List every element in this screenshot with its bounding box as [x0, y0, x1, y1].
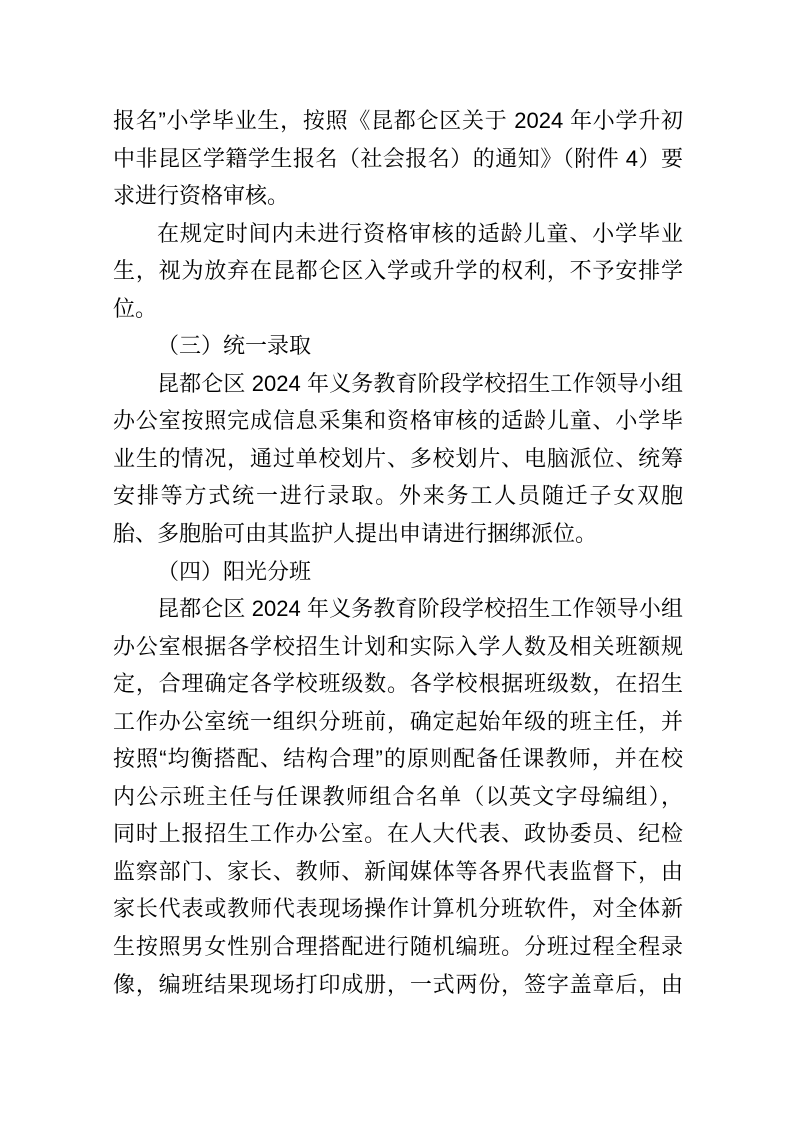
text-line: 在规定时间内未进行资格审核的适龄儿童、小学毕业: [113, 215, 683, 253]
text-line: 求进行资格审核。: [113, 177, 683, 215]
text-line: 内公示班主任与任课教师组合名单（以英文字母编组），: [113, 778, 683, 816]
text-line: 报名”小学毕业生，按照《昆都仑区关于 2024 年小学升初: [113, 102, 683, 140]
text-line: 生按照男女性别合理搭配进行随机编班。分班过程全程录: [113, 928, 683, 966]
text-line: 像，编班结果现场打印成册，一式两份，签字盖章后，由: [113, 966, 683, 1004]
page-text-column: 报名”小学毕业生，按照《昆都仑区关于 2024 年小学升初 中非昆区学籍学生报名…: [113, 102, 683, 1003]
text-line: 同时上报招生工作办公室。在人大代表、政协委员、纪检: [113, 815, 683, 853]
text-line: 昆都仑区 2024 年义务教育阶段学校招生工作领导小组: [113, 365, 683, 403]
text-line: 业生的情况，通过单校划片、多校划片、电脑派位、统筹: [113, 440, 683, 478]
text-line: 胎、多胞胎可由其监护人提出申请进行捆绑派位。: [113, 515, 683, 553]
text-line: 办公室根据各学校招生计划和实际入学人数及相关班额规: [113, 628, 683, 666]
text-line: 定，合理确定各学校班级数。各学校根据班级数，在招生: [113, 665, 683, 703]
text-line: 办公室按照完成信息采集和资格审核的适龄儿童、小学毕: [113, 402, 683, 440]
section-heading-3: （三）统一录取: [113, 327, 683, 365]
section-heading-4: （四）阳光分班: [113, 553, 683, 591]
text-line: 安排等方式统一进行录取。外来务工人员随迁子女双胞: [113, 477, 683, 515]
text-line: 工作办公室统一组织分班前，确定起始年级的班主任，并: [113, 703, 683, 741]
text-line: 生，视为放弃在昆都仑区入学或升学的权利，不予安排学: [113, 252, 683, 290]
document-page: 报名”小学毕业生，按照《昆都仑区关于 2024 年小学升初 中非昆区学籍学生报名…: [0, 0, 793, 1122]
text-line: 按照“均衡搭配、结构合理”的原则配备任课教师，并在校: [113, 740, 683, 778]
text-line: 家长代表或教师代表现场操作计算机分班软件，对全体新: [113, 890, 683, 928]
text-line: 昆都仑区 2024 年义务教育阶段学校招生工作领导小组: [113, 590, 683, 628]
text-line: 位。: [113, 290, 683, 328]
text-line: 中非昆区学籍学生报名（社会报名）的通知》（附件 4）要: [113, 140, 683, 178]
text-line: 监察部门、家长、教师、新闻媒体等各界代表监督下，由: [113, 853, 683, 891]
